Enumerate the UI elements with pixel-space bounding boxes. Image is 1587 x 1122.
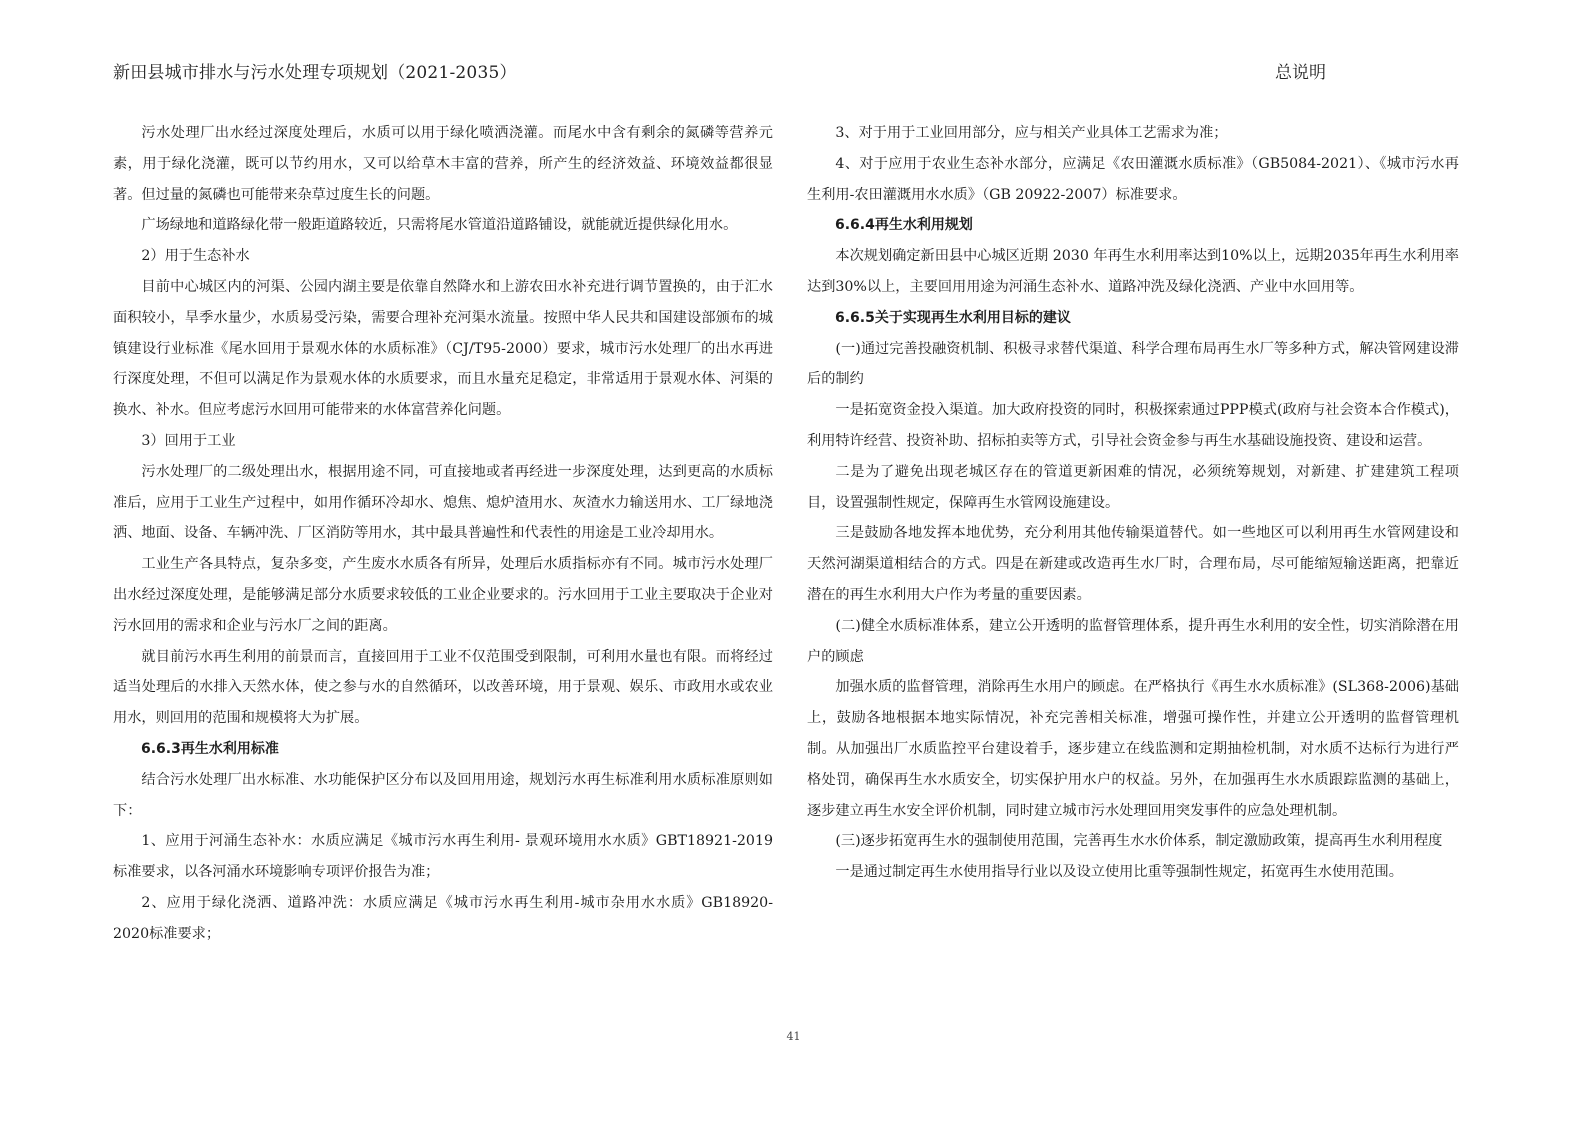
paragraph: 广场绿地和道路绿化带一般距道路较近，只需将尾水管道沿道路铺设，就能就近提供绿化用… — [113, 210, 773, 241]
section-title: 总说明 — [1275, 58, 1326, 83]
list-item: 3、对于用于工业回用部分，应与相关产业具体工艺需求为准； — [807, 118, 1459, 149]
list-item: 1、应用于河涌生态补水：水质应满足《城市污水再生利用- 景观环境用水水质》GBT… — [113, 826, 773, 888]
paragraph: (一)通过完善投融资机制、积极寻求替代渠道、科学合理布局再生水厂等多种方式，解决… — [807, 334, 1459, 396]
paragraph: 污水处理厂的二级处理出水，根据用途不同，可直接地或者再经进一步深度处理，达到更高… — [113, 457, 773, 549]
subheading: 2）用于生态补水 — [113, 241, 773, 272]
paragraph: 本次规划确定新田县中心城区近期 2030 年再生水利用率达到10%以上，远期20… — [807, 241, 1459, 303]
list-item: 2、应用于绿化浇洒、道路冲洗：水质应满足《城市污水再生利用-城市杂用水水质》GB… — [113, 888, 773, 950]
paragraph: (三)逐步拓宽再生水的强制使用范围，完善再生水水价体系，制定激励政策，提高再生水… — [807, 826, 1459, 857]
section-heading-6-6-5: 6.6.5关于实现再生水利用目标的建议 — [807, 303, 1459, 334]
paragraph: 一是拓宽资金投入渠道。加大政府投资的同时，积极探索通过PPP模式(政府与社会资本… — [807, 395, 1459, 457]
page-number: 41 — [0, 1030, 1587, 1043]
paragraph: 三是鼓励各地发挥本地优势，充分利用其他传输渠道替代。如一些地区可以利用再生水管网… — [807, 518, 1459, 610]
section-heading-6-6-3: 6.6.3再生水利用标准 — [113, 734, 773, 765]
right-column: 3、对于用于工业回用部分，应与相关产业具体工艺需求为准； 4、对于应用于农业生态… — [807, 118, 1459, 888]
paragraph: 就目前污水再生利用的前景而言，直接回用于工业不仅范围受到限制，可利用水量也有限。… — [113, 642, 773, 734]
paragraph: 结合污水处理厂出水标准、水功能保护区分布以及回用用途，规划污水再生标准利用水质标… — [113, 765, 773, 827]
section-heading-6-6-4: 6.6.4再生水利用规划 — [807, 210, 1459, 241]
paragraph: 工业生产各具特点，复杂多变，产生废水水质各有所异，处理后水质指标亦有不同。城市污… — [113, 549, 773, 641]
paragraph: 二是为了避免出现老城区存在的管道更新困难的情况，必须统筹规划，对新建、扩建建筑工… — [807, 457, 1459, 519]
left-column: 污水处理厂出水经过深度处理后，水质可以用于绿化喷洒浇灌。而尾水中含有剩余的氮磷等… — [113, 118, 773, 950]
paragraph: 加强水质的监督管理，消除再生水用户的顾虑。在严格执行《再生水水质标准》(SL36… — [807, 672, 1459, 826]
document-title: 新田县城市排水与污水处理专项规划（2021-2035） — [113, 58, 517, 83]
paragraph: 污水处理厂出水经过深度处理后，水质可以用于绿化喷洒浇灌。而尾水中含有剩余的氮磷等… — [113, 118, 773, 210]
list-item: 4、对于应用于农业生态补水部分，应满足《农田灌溉水质标准》（GB5084-202… — [807, 149, 1459, 211]
paragraph: 目前中心城区内的河渠、公园内湖主要是依靠自然降水和上游农田水补充进行调节置换的，… — [113, 272, 773, 426]
paragraph: (二)健全水质标准体系，建立公开透明的监督管理体系，提升再生水利用的安全性，切实… — [807, 611, 1459, 673]
paragraph: 一是通过制定再生水使用指导行业以及设立使用比重等强制性规定，拓宽再生水使用范围。 — [807, 857, 1459, 888]
subheading: 3）回用于工业 — [113, 426, 773, 457]
